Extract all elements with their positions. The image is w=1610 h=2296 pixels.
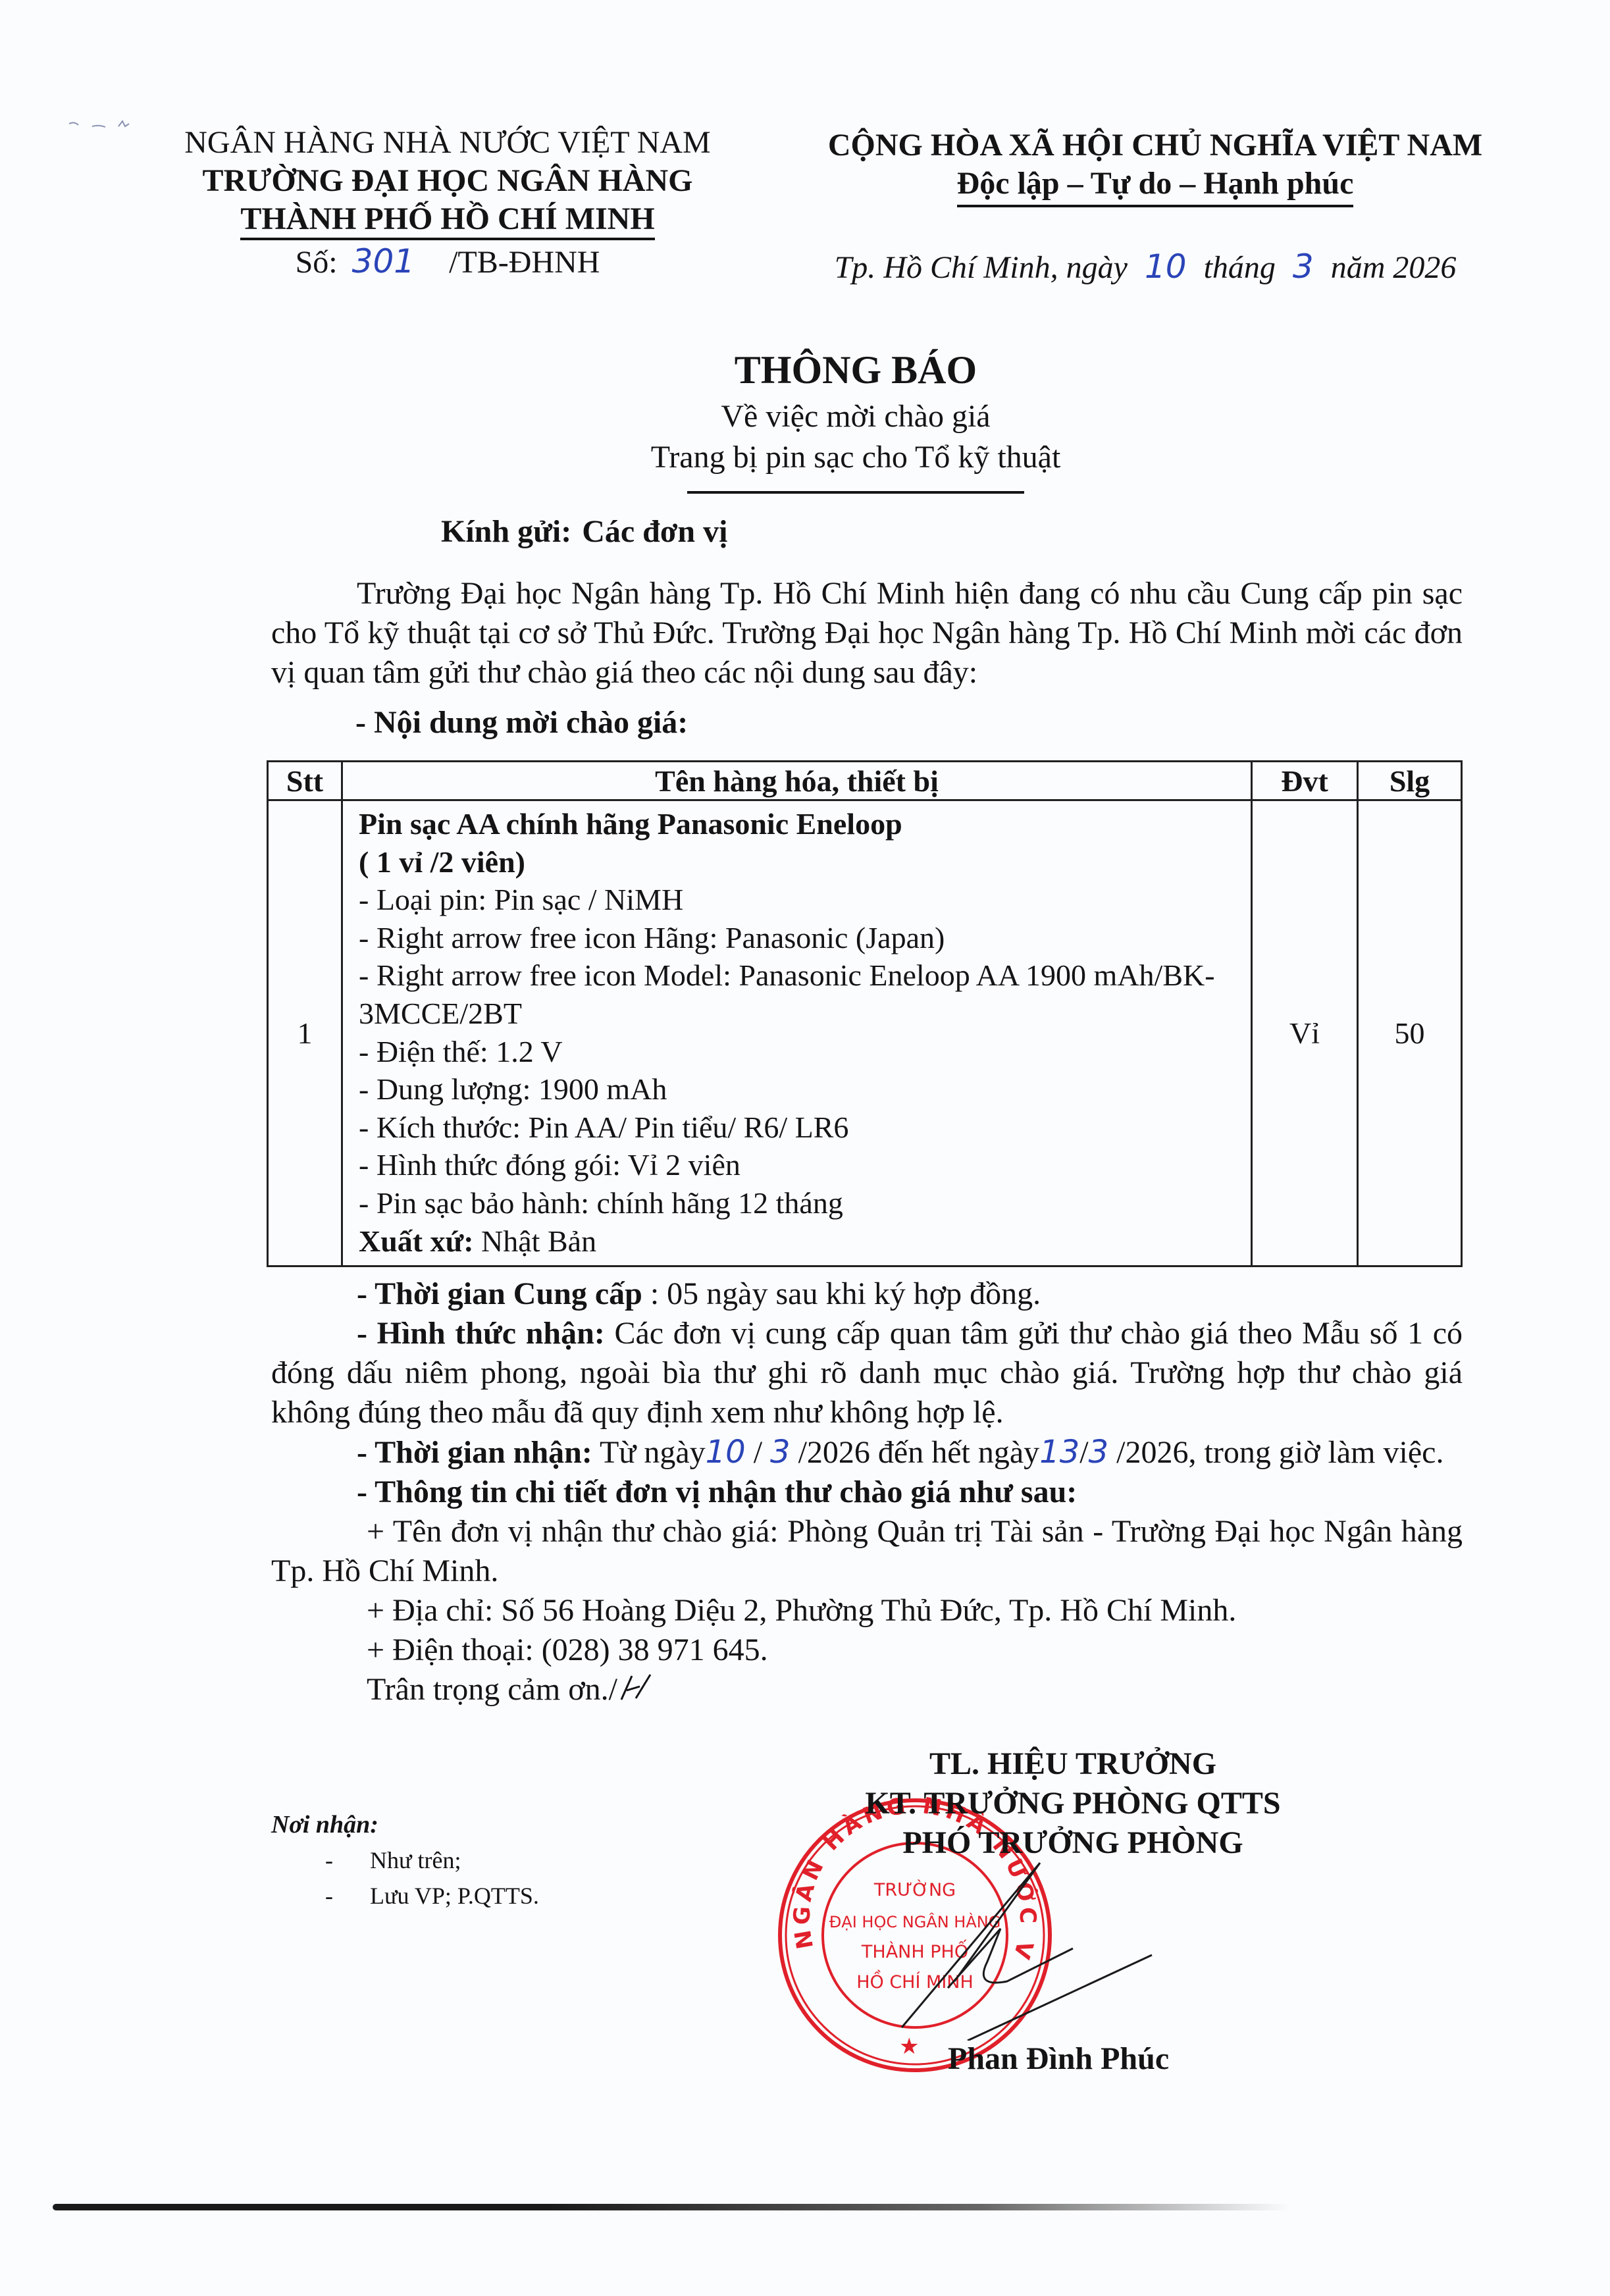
- origin-value: Nhật Bản: [481, 1224, 596, 1258]
- column-header-name: Tên hàng hóa, thiết bị: [342, 762, 1252, 800]
- receive-form: - Hình thức nhận: Các đơn vị cung cấp qu…: [271, 1314, 1463, 1432]
- column-header-stt: Stt: [268, 762, 342, 800]
- notice-subject-detail: Trang bị pin sạc cho Tổ kỹ thuật: [461, 437, 1251, 478]
- supply-time-label: - Thời gian Cung cấp: [357, 1276, 642, 1311]
- issue-date: Tp. Hồ Chí Minh, ngày 10 tháng 3 năm 202…: [777, 248, 1514, 286]
- date-day-handwritten: 10: [1145, 248, 1187, 286]
- initials-mark-icon: [617, 1672, 657, 1705]
- handwritten-number: 301: [352, 242, 415, 280]
- number-suffix: /TB-ĐHNH: [449, 245, 600, 280]
- table-header-row: Stt Tên hàng hóa, thiết bị Đvt Slg: [268, 762, 1462, 800]
- document-number: Số: 301 /TB-ĐHNH: [151, 242, 744, 282]
- receive-time-label: - Thời gian nhận:: [357, 1435, 592, 1470]
- section-heading: - Nội dung mời chào giá:: [355, 704, 688, 741]
- product-name: Pin sạc AA chính hãng Panasonic Eneloop: [359, 805, 1241, 843]
- origin-label: Xuất xứ:: [359, 1224, 474, 1258]
- intro-paragraph: Trường Đại học Ngân hàng Tp. Hồ Chí Minh…: [271, 574, 1463, 692]
- receive-time-mid: /2026 đến hết ngày: [798, 1435, 1040, 1470]
- notice-title: THÔNG BÁO: [461, 344, 1251, 396]
- footer-divider: [53, 2204, 1290, 2210]
- signature-block: TL. HIỆU TRƯỞNG KT. TRƯỞNG PHÒNG QTTS PH…: [777, 1744, 1369, 1863]
- country-name: CỘNG HÒA XÃ HỘI CHỦ NGHĨA VIỆT NAM: [783, 126, 1527, 165]
- list-item: Như trên;: [271, 1842, 539, 1878]
- spec-line: - Điện thế: 1.2 V: [359, 1033, 1241, 1071]
- distribution-item-text: Như trên;: [370, 1847, 461, 1873]
- distribution-item-text: Lưu VP; P.QTTS.: [370, 1883, 539, 1909]
- receive-to-month-handwritten: 3: [1089, 1434, 1109, 1471]
- addressee: Kính gửi:Các đơn vị: [441, 513, 727, 550]
- issuing-agency-header: NGÂN HÀNG NHÀ NƯỚC VIỆT NAM TRƯỜNG ĐẠI H…: [151, 124, 744, 282]
- receive-time: - Thời gian nhận: Từ ngày10 / 3 /2026 đế…: [271, 1432, 1463, 1473]
- addressee-label: Kính gửi:: [441, 514, 571, 549]
- date-prefix: Tp. Hồ Chí Minh, ngày: [835, 250, 1128, 285]
- receive-from-month-handwritten: 3: [770, 1434, 791, 1471]
- cell-quantity: 50: [1358, 800, 1462, 1266]
- spec-line: - Right arrow free icon Model: Panasonic…: [359, 956, 1241, 1032]
- receive-from-prefix: Từ ngày: [600, 1435, 706, 1470]
- title-underline: [687, 491, 1024, 494]
- product-pack: ( 1 vỉ /2 viên): [359, 843, 1241, 881]
- cell-stt: 1: [268, 800, 342, 1266]
- national-header: CỘNG HÒA XÃ HỘI CHỦ NGHĨA VIỆT NAM Độc l…: [783, 126, 1527, 203]
- signer-title-line1: TL. HIỆU TRƯỞNG: [777, 1744, 1369, 1784]
- spec-line: - Dung lượng: 1900 mAh: [359, 1070, 1241, 1109]
- list-item: Lưu VP; P.QTTS.: [271, 1878, 539, 1914]
- receive-from-day-handwritten: 10: [706, 1434, 746, 1471]
- agency-name: NGÂN HÀNG NHÀ NƯỚC VIỆT NAM: [151, 124, 744, 162]
- column-header-quantity: Slg: [1358, 762, 1462, 800]
- spec-line: - Right arrow free icon Hãng: Panasonic …: [359, 919, 1241, 957]
- origin-line: Xuất xứ: Nhật Bản: [359, 1222, 1241, 1261]
- receive-form-label: - Hình thức nhận:: [357, 1316, 605, 1351]
- document-page: NGÂN HÀNG NHÀ NƯỚC VIỆT NAM TRƯỜNG ĐẠI H…: [0, 0, 1610, 2296]
- items-table: Stt Tên hàng hóa, thiết bị Đvt Slg 1 Pin…: [267, 760, 1463, 1267]
- supply-time-value: : 05 ngày sau khi ký hợp đồng.: [650, 1276, 1041, 1311]
- spec-line: - Loại pin: Pin sạc / NiMH: [359, 881, 1241, 919]
- addressee-value: Các đơn vị: [582, 514, 727, 549]
- column-header-unit: Đvt: [1252, 762, 1358, 800]
- notice-title-block: THÔNG BÁO Về việc mời chào giá Trang bị …: [461, 344, 1251, 494]
- receive-to-day-handwritten: 13: [1039, 1434, 1079, 1471]
- handwritten-signature: [875, 1856, 1244, 2041]
- distribution-label: Nơi nhận:: [271, 1807, 539, 1842]
- signer-name: Phan Đình Phúc: [948, 2041, 1169, 2077]
- closing-line: Trân trọng cảm ơn./: [271, 1670, 1463, 1709]
- notice-subject: Về việc mời chào giá: [461, 396, 1251, 437]
- table-row: 1 Pin sạc AA chính hãng Panasonic Eneloo…: [268, 800, 1462, 1266]
- closing-text: Trân trọng cảm ơn./: [367, 1672, 617, 1707]
- school-name-line1: TRƯỜNG ĐẠI HỌC NGÂN HÀNG: [151, 162, 744, 200]
- contact-address: + Địa chỉ: Số 56 Hoàng Diệu 2, Phường Th…: [271, 1591, 1463, 1631]
- contact-unit: + Tên đơn vị nhận thư chào giá: Phòng Qu…: [271, 1512, 1463, 1591]
- supply-time: - Thời gian Cung cấp : 05 ngày sau khi k…: [271, 1274, 1463, 1314]
- spec-line: - Pin sạc bảo hành: chính hãng 12 tháng: [359, 1184, 1241, 1222]
- date-month-handwritten: 3: [1293, 248, 1314, 286]
- date-year: năm 2026: [1331, 250, 1457, 285]
- date-month-label: tháng: [1204, 250, 1276, 285]
- cell-unit: Vỉ: [1252, 800, 1358, 1266]
- contact-phone: + Điện thoại: (028) 38 971 645.: [271, 1631, 1463, 1670]
- receive-time-suffix: /2026, trong giờ làm việc.: [1116, 1435, 1443, 1470]
- spec-line: - Kích thước: Pin AA/ Pin tiểu/ R6/ LR6: [359, 1109, 1241, 1147]
- distribution-list: Nơi nhận: Như trên; Lưu VP; P.QTTS.: [271, 1807, 539, 1914]
- signer-title-line2: KT. TRƯỞNG PHÒNG QTTS: [777, 1784, 1369, 1823]
- spec-line: - Hình thức đóng gói: Vỉ 2 viên: [359, 1146, 1241, 1184]
- terms-section: - Thời gian Cung cấp : 05 ngày sau khi k…: [271, 1274, 1463, 1709]
- school-name-line2: THÀNH PHỐ HỒ CHÍ MINH: [240, 201, 654, 240]
- national-motto: Độc lập – Tự do – Hạnh phúc: [957, 166, 1354, 207]
- scan-artifact-mark: [66, 118, 138, 132]
- contact-heading: - Thông tin chi tiết đơn vị nhận thư chà…: [357, 1474, 1077, 1509]
- number-label: Số:: [296, 245, 338, 280]
- cell-description: Pin sạc AA chính hãng Panasonic Eneloop …: [342, 800, 1252, 1266]
